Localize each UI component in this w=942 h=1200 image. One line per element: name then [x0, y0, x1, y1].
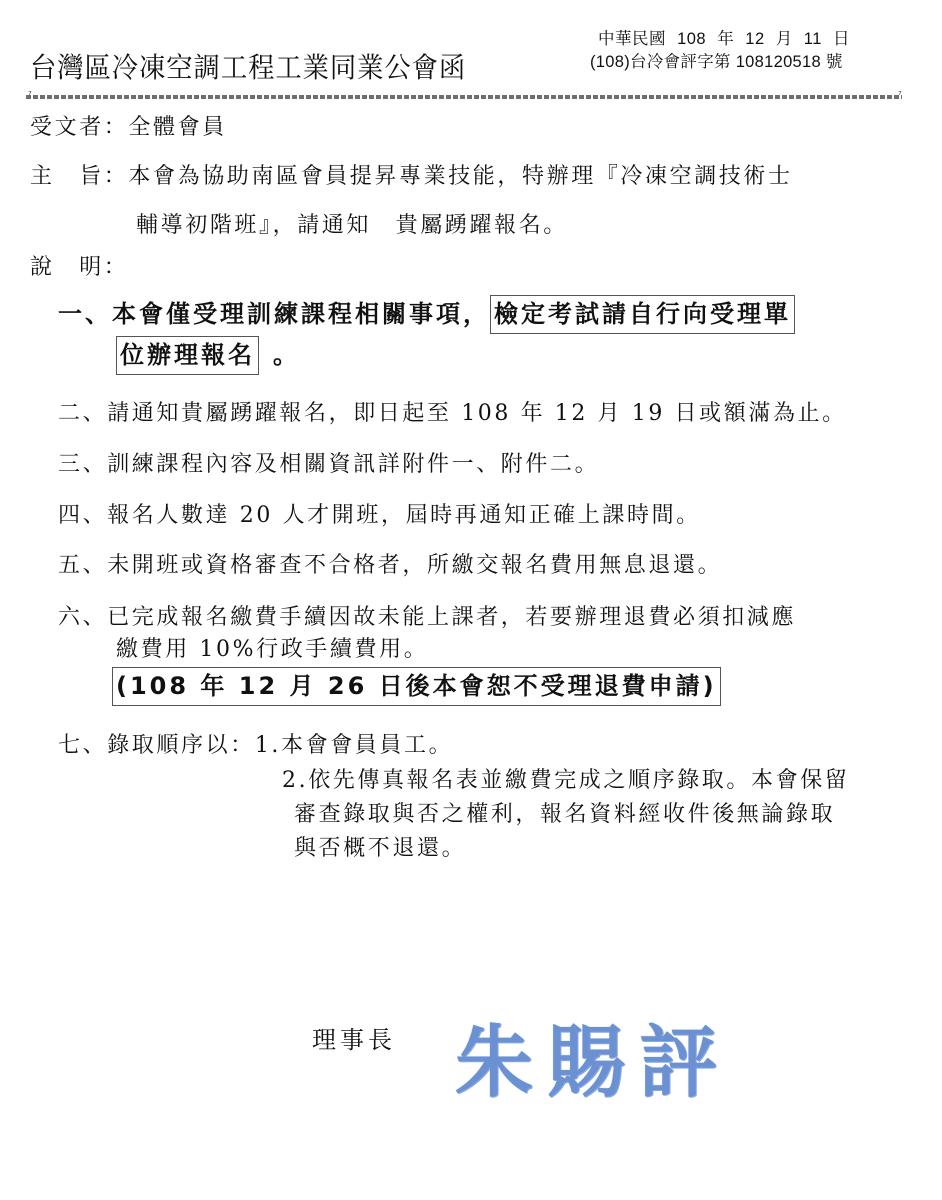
- explanation-item-3: 三、訓練課程內容及相關資訊詳附件一、附件二。: [58, 447, 599, 478]
- item-1-tail: 。: [273, 341, 300, 369]
- explanation-item-4: 四、報名人數達 20 人才開班，屆時再通知正確上課時間。: [58, 498, 701, 529]
- explanation-item-6-note: (108 年 12 月 26 日後本會恕不受理退費申請): [112, 667, 721, 706]
- item-number: 五、: [58, 553, 107, 578]
- explanation-item-5: 五、未開班或資格審查不合格者，所繳交報名費用無息退還。: [58, 548, 722, 579]
- item-text: 已完成報名繳費手續因故未能上課者，若要辦理退費必須扣減應: [107, 605, 796, 630]
- item-1-boxed-text-1: 檢定考試請自行向受理單: [490, 295, 795, 334]
- item-number: 一、: [58, 300, 112, 328]
- explanation-item-7-line-1: 七、錄取順序以：1.本會會員員工。: [58, 728, 453, 759]
- document-date: 中華民國 108 年 12 月 11 日: [598, 25, 850, 49]
- item-text: 未開班或資格審查不合格者，所繳交報名費用無息退還。: [107, 553, 722, 578]
- explanation-item-7-sub-2-line-1: 2.依先傳真報名表並繳費完成之順序錄取。本會保留: [282, 763, 849, 794]
- item-number: 七、: [58, 733, 107, 758]
- explanation-item-7-sub-2-line-3: 與否概不退還。: [294, 831, 466, 862]
- subject-line-1: 主 旨：本會為協助南區會員提昇專業技能，特辦理『冷凍空調技術士: [30, 159, 793, 190]
- header-separator: [26, 95, 902, 99]
- signature-stamp: 朱賜評: [455, 1000, 731, 1112]
- item-number: 六、: [58, 605, 107, 630]
- item-text: 報名人數達 20 人才開班，屆時再通知正確上課時間。: [107, 503, 701, 528]
- item-text: 請通知貴屬踴躍報名，即日起至 108 年 12 月 19 日或額滿為止。: [107, 401, 847, 426]
- explanation-item-1-line-1: 一、本會僅受理訓練課程相關事項，檢定考試請自行向受理單: [58, 294, 795, 334]
- subject-label: 主 旨：: [30, 164, 128, 189]
- subject-text-1: 本會為協助南區會員提昇專業技能，特辦理『冷凍空調技術士: [128, 164, 792, 189]
- explanation-item-6-line-1: 六、已完成報名繳費手續因故未能上課者，若要辦理退費必須扣減應: [58, 600, 796, 631]
- subject-line-2: 輔導初階班』，請通知 貴屬踴躍報名。: [136, 208, 568, 239]
- item-text: 訓練課程內容及相關資訊詳附件一、附件二。: [107, 452, 599, 477]
- explanation-label: 說 明：: [30, 250, 128, 281]
- item-1-boxed-text-2: 位辦理報名: [116, 336, 259, 375]
- recipient-value: 全體會員: [128, 115, 226, 140]
- signatory-title: 理事長: [312, 1020, 396, 1055]
- document-number: (108)台冷會評字第 108120518 號: [590, 48, 843, 72]
- item-lead: 錄取順序以：: [107, 733, 255, 758]
- refund-deadline-note: (108 年 12 月 26 日後本會恕不受理退費申請): [112, 667, 721, 706]
- separator-mark-right: ⁷: [898, 91, 902, 101]
- organization-title: 台灣區冷凍空調工程工業同業公會函: [30, 46, 466, 86]
- item-sub-1: 1.本會會員員工。: [255, 733, 453, 758]
- recipient-label: 受文者：: [30, 115, 128, 140]
- item-number: 三、: [58, 452, 107, 477]
- explanation-item-2: 二、請通知貴屬踴躍報名，即日起至 108 年 12 月 19 日或額滿為止。: [58, 396, 847, 427]
- recipient-line: 受文者：全體會員: [30, 110, 227, 141]
- explanation-item-6-line-2: 繳費用 10%行政手續費用。: [116, 632, 428, 663]
- item-number: 二、: [58, 401, 107, 426]
- explanation-item-1-line-2: 位辦理報名。: [116, 335, 300, 375]
- item-number: 四、: [58, 503, 107, 528]
- explanation-item-7-sub-2-line-2: 審查錄取與否之權利，報名資料經收件後無論錄取: [294, 797, 835, 828]
- item-1-bold-text: 本會僅受理訓練課程相關事項，: [112, 300, 490, 328]
